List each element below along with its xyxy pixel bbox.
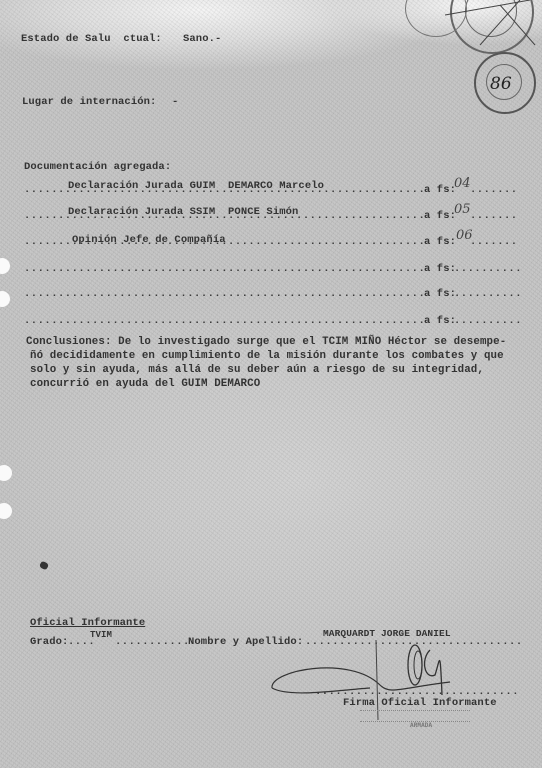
conclusions-line-2: ñó decididamente en cumplimiento de la m…: [30, 350, 504, 362]
folio-number: 86: [490, 74, 512, 94]
folio-label: a fs:: [424, 263, 456, 275]
ink-smudge: [39, 560, 49, 570]
dotted-line-end: .............: [454, 263, 520, 275]
dotted-line: ........................................…: [24, 184, 424, 196]
dotted-line: ........................................…: [24, 263, 424, 275]
conclusions-line-1: Conclusiones: De lo investigado surge qu…: [26, 336, 506, 348]
stamp-cross-marks: [440, 0, 540, 50]
dotted-line-end: ..........: [470, 236, 520, 248]
reporting-officer-heading: Oficial Informante: [30, 617, 145, 629]
conclusions-line-3: solo y sin ayuda, más allá de su deber a…: [30, 364, 484, 376]
punch-hole: [0, 291, 10, 307]
signature-label: Firma Oficial Informante: [343, 697, 497, 709]
health-status-value: Sano.-: [183, 33, 221, 45]
folio-label: a fs:: [424, 288, 456, 300]
punch-hole: [0, 258, 10, 274]
name-value: MARQUARDT JORGE DANIEL: [323, 628, 451, 639]
folio-label: a fs:: [424, 184, 456, 196]
folio-label: a fs:: [424, 236, 456, 248]
dotted-line-end: ..........: [470, 210, 520, 222]
dotted-line-end: .............: [454, 315, 520, 327]
dotted-line: ........................................…: [24, 288, 424, 300]
folio-label: a fs:: [424, 315, 456, 327]
officer-stamp-text: ARMADA: [410, 722, 432, 729]
dotted-line: ........................................…: [24, 210, 424, 222]
doc-folio: 04: [454, 176, 471, 191]
doc-folio: 05: [454, 202, 471, 217]
dotted-line-end: ..........: [470, 184, 520, 196]
folio-label: a fs:: [424, 210, 456, 222]
punch-hole: [0, 503, 12, 519]
dotted-line: ........................................…: [24, 315, 424, 327]
document-page: 86 Estado de Salu ctual: Sano.- Lugar de…: [0, 0, 542, 768]
health-status-label: Estado de Salu ctual:: [21, 33, 162, 45]
dotted-line: ............: [115, 636, 190, 648]
punch-hole: [0, 465, 12, 481]
rank-label: Grado:: [30, 636, 68, 648]
rank-value: TVIM: [90, 630, 112, 640]
conclusions-line-4: concurrió en ayuda del GUIM DEMARCO: [30, 378, 260, 390]
hospitalization-value: -: [172, 96, 178, 108]
attached-docs-heading: Documentación agregada:: [24, 161, 171, 173]
dotted-line: ........................................…: [24, 236, 424, 248]
officer-stamp-lines: [360, 710, 470, 722]
dotted-line-end: .............: [454, 288, 520, 300]
hospitalization-label: Lugar de internación:: [22, 96, 156, 108]
